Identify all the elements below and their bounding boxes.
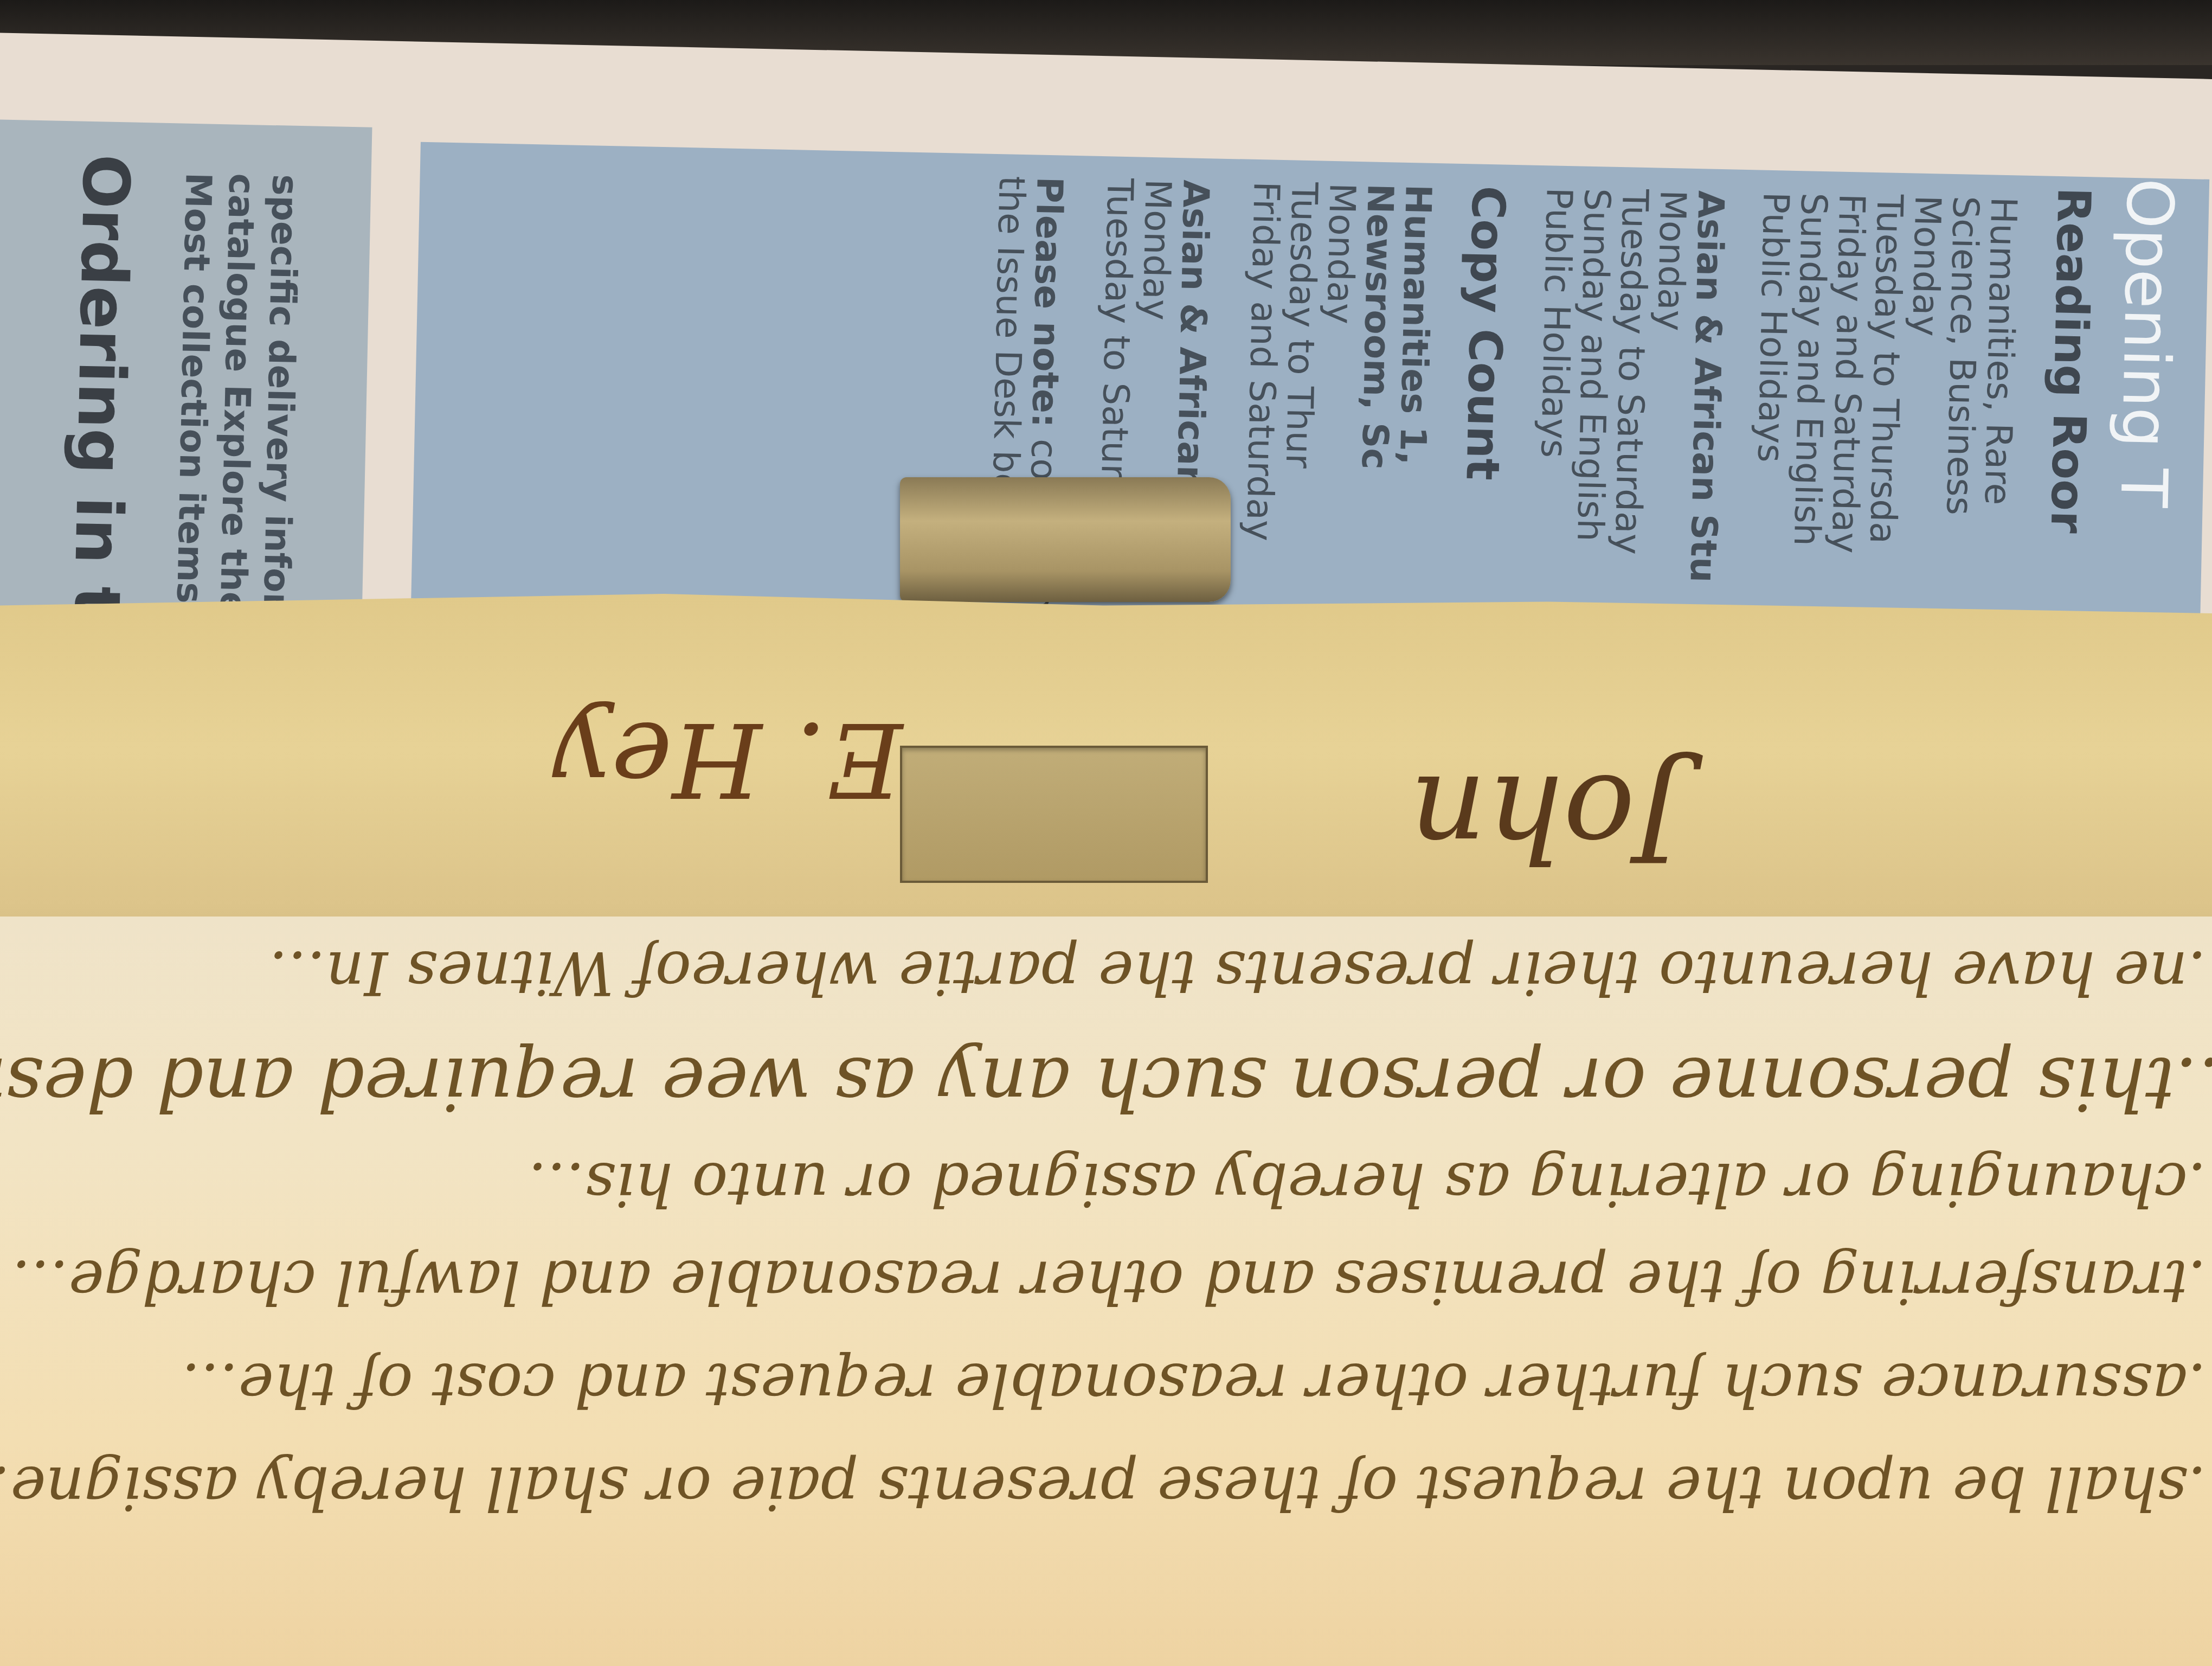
hours-line: Monday [1319, 183, 1363, 325]
hours-line: Public Holidays [1533, 187, 1580, 458]
photo-scene: Ordering in t Most collection items cata… [0, 0, 2212, 1666]
signature-right: John [1410, 748, 1683, 887]
handwritten-line: ...this personne or person such any as w… [0, 1041, 2212, 1126]
parchment-slot-with-tab [900, 746, 1208, 883]
parchment-tab [900, 477, 1231, 602]
leaflet-ordering-panel: Ordering in t Most collection items cata… [0, 119, 372, 670]
signature-left: E. Hey [553, 700, 903, 819]
ordering-line: specific delivery infor [255, 174, 306, 611]
handwritten-line: ...transferring of the premises and othe… [0, 1247, 2212, 1317]
handwritten-line: ...chaunging or altering as hereby assig… [0, 1150, 2212, 1219]
reading-rooms-heading: Reading Roor [2041, 187, 2101, 534]
handwritten-line: ...assurance such further other reasonab… [0, 1350, 2212, 1420]
hours-line: Public Holidays [1750, 191, 1797, 463]
handwritten-line: ...shall be upon the request of these pr… [0, 1453, 2212, 1523]
hours-line: Monday [1649, 189, 1694, 331]
hours-line: Monday [1904, 195, 1949, 337]
hours-line: Friday and Saturday [1238, 181, 1288, 542]
copy-counter-heading: Copy Count [1456, 185, 1515, 481]
ordering-line: catalogue Explore the [212, 173, 263, 617]
parchment-deed-text-area: ...ne have hereunto their presents the p… [0, 917, 2212, 1666]
hours-line: Monday [1134, 178, 1179, 321]
handwritten-line: ...ne have hereunto their presents the p… [0, 938, 2212, 1008]
opening-times-title: Opening T [2106, 177, 2188, 508]
ordering-line: Most collection items [169, 172, 220, 604]
ordering-heading: Ordering in t [59, 153, 144, 618]
